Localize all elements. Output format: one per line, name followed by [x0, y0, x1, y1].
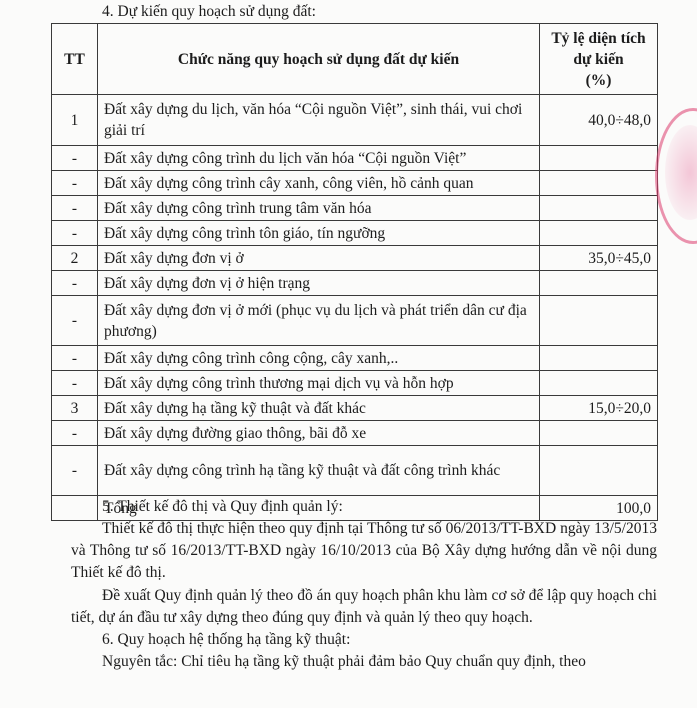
section-5-paragraph-1: Thiết kế đô thị thực hiện theo quy định …: [71, 518, 657, 584]
row-number: -: [52, 446, 98, 496]
section-5-paragraph-2: Đề xuất Quy định quản lý theo đồ án quy …: [71, 585, 657, 629]
table-row: -Đất xây dựng công trình du lịch văn hóa…: [52, 146, 658, 171]
table-row: -Đất xây dựng công trình trung tâm văn h…: [52, 196, 658, 221]
area-ratio: [540, 296, 658, 346]
land-use-function: Đất xây dựng công trình trung tâm văn hó…: [98, 196, 540, 221]
table-body: 1Đất xây dựng du lịch, văn hóa “Cội nguồ…: [52, 95, 658, 521]
table-row: -Đất xây dựng công trình cây xanh, công …: [52, 171, 658, 196]
area-ratio: [540, 446, 658, 496]
table-row: -Đất xây dựng công trình thương mại dịch…: [52, 371, 658, 396]
row-number: -: [52, 296, 98, 346]
land-use-function: Đất xây dựng công trình tôn giáo, tín ng…: [98, 221, 540, 246]
row-number: -: [52, 371, 98, 396]
section-6-paragraph-1: Nguyên tắc: Chỉ tiêu hạ tầng kỹ thuật ph…: [71, 651, 657, 673]
header-ratio-line2: dự kiến: [546, 49, 651, 70]
land-use-function: Đất xây dựng đơn vị ở hiện trạng: [98, 271, 540, 296]
header-ratio: Tỷ lệ diện tích dự kiến (%): [540, 24, 658, 95]
section-5-heading-block: 5. Thiết kế đô thị và Quy định quản lý:: [71, 496, 657, 518]
area-ratio: 35,0÷45,0: [540, 246, 658, 271]
table-row: -Đất xây dựng đường giao thông, bãi đỗ x…: [52, 421, 658, 446]
header-function: Chức năng quy hoạch sử dụng đất dự kiến: [98, 24, 540, 95]
row-number: -: [52, 171, 98, 196]
row-number: -: [52, 221, 98, 246]
row-number: 2: [52, 246, 98, 271]
row-number: -: [52, 421, 98, 446]
row-number: -: [52, 196, 98, 221]
table-row: -Đất xây dựng đơn vị ở mới (phục vụ du l…: [52, 296, 658, 346]
row-number: 3: [52, 396, 98, 421]
red-seal-stamp-ring-icon: [655, 108, 697, 244]
table-row: 2Đất xây dựng đơn vị ở35,0÷45,0: [52, 246, 658, 271]
land-use-function: Đất xây dựng công trình du lịch văn hóa …: [98, 146, 540, 171]
table-row: 1Đất xây dựng du lịch, văn hóa “Cội nguồ…: [52, 95, 658, 146]
table-row: -Đất xây dựng công trình tôn giáo, tín n…: [52, 221, 658, 246]
header-tt: TT: [52, 24, 98, 95]
area-ratio: [540, 171, 658, 196]
row-number: -: [52, 346, 98, 371]
land-use-function: Đất xây dựng đường giao thông, bãi đỗ xe: [98, 421, 540, 446]
table-row: -Đất xây dựng công trình công cộng, cây …: [52, 346, 658, 371]
area-ratio: [540, 371, 658, 396]
land-use-table: TT Chức năng quy hoạch sử dụng đất dự ki…: [51, 23, 658, 521]
table-header-row: TT Chức năng quy hoạch sử dụng đất dự ki…: [52, 24, 658, 95]
table-row: 3Đất xây dựng hạ tầng kỹ thuật và đất kh…: [52, 396, 658, 421]
area-ratio: [540, 346, 658, 371]
area-ratio: 15,0÷20,0: [540, 396, 658, 421]
land-use-function: Đất xây dựng công trình thương mại dịch …: [98, 371, 540, 396]
section-6-heading-block: 6. Quy hoạch hệ thống hạ tầng kỹ thuật:: [71, 629, 657, 651]
area-ratio: [540, 196, 658, 221]
area-ratio: [540, 271, 658, 296]
land-use-function: Đất xây dựng đơn vị ở: [98, 246, 540, 271]
land-use-function: Đất xây dựng công trình cây xanh, công v…: [98, 171, 540, 196]
land-use-function: Đất xây dựng công trình hạ tầng kỹ thuật…: [98, 446, 540, 496]
area-ratio: [540, 221, 658, 246]
section-5-heading: 5. Thiết kế đô thị và Quy định quản lý:: [102, 498, 343, 515]
row-number: 1: [52, 95, 98, 146]
area-ratio: 40,0÷48,0: [540, 95, 658, 146]
area-ratio: [540, 146, 658, 171]
land-use-function: Đất xây dựng công trình công cộng, cây x…: [98, 346, 540, 371]
land-use-function: Đất xây dựng hạ tầng kỹ thuật và đất khá…: [98, 396, 540, 421]
header-ratio-line1: Tỷ lệ diện tích: [546, 28, 651, 49]
land-use-function: Đất xây dựng du lịch, văn hóa “Cội nguồn…: [98, 95, 540, 146]
section-4-heading: 4. Dự kiến quy hoạch sử dụng đất:: [102, 3, 316, 21]
area-ratio: [540, 421, 658, 446]
row-number: -: [52, 271, 98, 296]
row-number: -: [52, 146, 98, 171]
document-page: 4. Dự kiến quy hoạch sử dụng đất: TT Chứ…: [0, 0, 697, 708]
table-row: -Đất xây dựng đơn vị ở hiện trạng: [52, 271, 658, 296]
table-row: -Đất xây dựng công trình hạ tầng kỹ thuậ…: [52, 446, 658, 496]
land-use-function: Đất xây dựng đơn vị ở mới (phục vụ du lị…: [98, 296, 540, 346]
header-ratio-line3: (%): [546, 70, 651, 91]
section-6-heading: 6. Quy hoạch hệ thống hạ tầng kỹ thuật:: [102, 631, 350, 648]
